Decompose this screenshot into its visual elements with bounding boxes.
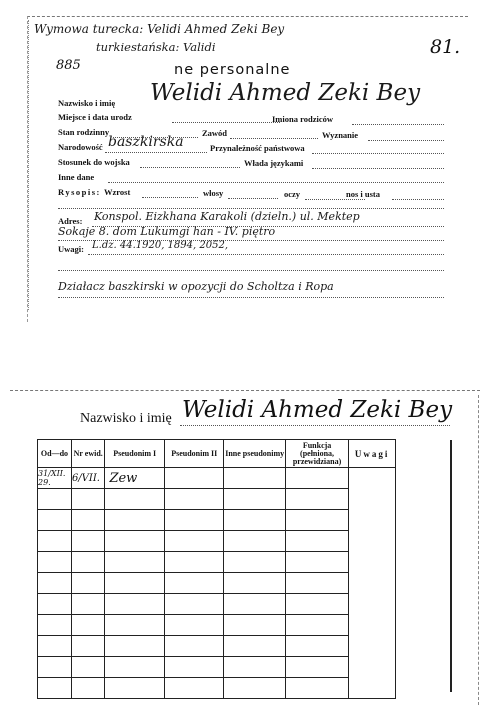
cell-inne [224,636,285,657]
cell-funkcja [285,657,348,678]
nose-mouth-line [392,199,444,200]
pronunciation-annotation-line1: Wymowa turecka: Velidi Ahmed Zeki Bey [34,22,284,36]
citizenship-line [312,153,444,154]
cell-pseudonim-2 [164,678,224,699]
religion-line [368,140,444,141]
cell-pseudonim-2 [164,573,224,594]
cell-od-do [38,636,72,657]
pronunciation-annotation-line2: turkiestańska: Validi [96,40,216,54]
cell-od-do [38,531,72,552]
nationality-label: Narodowość [58,142,103,152]
col-header-inne-pseudonimy: Inne pseudonimy [224,440,285,468]
description-label: Rysopis: [58,187,101,197]
cell-funkcja [285,573,348,594]
table-header-row: Od—do Nr ewid. Pseudonim I Pseudonim II … [38,440,396,468]
cell-pseudonim-1 [105,594,165,615]
cell-inne [224,678,285,699]
table-row [38,636,396,657]
remarks-label: Uwagi: [58,244,84,254]
other-data-line [108,182,444,183]
col-header-nr-ewid: Nr ewid. [71,440,105,468]
table-row: 31/XII. 29. 6/VII. Zew [38,468,396,489]
cell-pseudonim-1 [105,678,165,699]
cell-pseudonim-2 [164,531,224,552]
cell-pseudonim-2 [164,657,224,678]
card-title: ne personalne [174,62,290,78]
address-line1: Konspol. Eizkhana Karakoli (dzieln.) ul.… [94,210,360,223]
cell-pseudonim-2 [164,489,224,510]
remarks-extra-line [58,270,444,271]
cell-nr-ewid [71,636,105,657]
pseudonym-table: Od—do Nr ewid. Pseudonim I Pseudonim II … [37,439,396,699]
remarks-value: L.dz. 44.1920, 1894, 2052, [92,240,228,251]
cell-nr-ewid [71,489,105,510]
cell-pseudonim-2 [164,615,224,636]
military-status-label: Stosunek do wojska [58,157,130,167]
cell-pseudonim-1 [105,636,165,657]
card-perforation-edge-right [478,395,479,705]
table-row [38,615,396,636]
cell-funkcja [285,468,348,489]
cell-od-do [38,594,72,615]
cell-pseudonim-2 [164,594,224,615]
margin-mark: 885 [56,58,81,73]
cell-od-do [38,615,72,636]
cell-nr-ewid [71,657,105,678]
cell-pseudonim-1 [105,489,165,510]
cell-inne [224,510,285,531]
cell-nr-ewid [71,510,105,531]
cell-pseudonim-1 [105,615,165,636]
cell-od-do [38,552,72,573]
table-row [38,531,396,552]
cell-inne [224,468,285,489]
table-row [38,510,396,531]
cell-pseudonim-2 [164,468,224,489]
table-row [38,489,396,510]
cell-od-do [38,573,72,594]
languages-label: Włada językami [244,158,303,168]
cell-pseudonim-2 [164,636,224,657]
cell-od-do: 31/XII. 29. [38,468,72,489]
cell-nr-ewid [71,552,105,573]
card-margin-rule [450,440,452,692]
remarks-line [88,254,444,255]
cell-funkcja [285,615,348,636]
cell-inne [224,573,285,594]
religion-label: Wyznanie [322,130,358,140]
occupation-line [230,138,318,139]
cell-pseudonim-1 [105,510,165,531]
hair-line [228,198,278,199]
cell-inne [224,552,285,573]
nationality-line [105,152,207,153]
col-header-uwagi: Uwagi [349,440,396,468]
cell-pseudonim-2 [164,552,224,573]
cell-od-do [38,510,72,531]
eyes-label: oczy [284,189,300,199]
marital-status-label: Stan rodzinny [58,127,109,137]
citizenship-label: Przynależność państwowa [210,143,305,153]
cell-funkcja [285,594,348,615]
cell-nr-ewid [71,594,105,615]
cell-funkcja [285,489,348,510]
cell-uwagi [349,468,396,699]
other-data-label: Inne dane [58,172,94,182]
cell-od-do [38,678,72,699]
table-row [38,657,396,678]
parents-names-line [352,124,444,125]
bottom-surname-label: Nazwisko i imię [80,411,172,427]
card-perforation-edge [28,20,29,310]
table-row [38,678,396,699]
cell-pseudonim-2 [164,510,224,531]
col-header-od-do: Od—do [38,440,72,468]
activity-note: Działacz baszkirski w opozycji do Scholt… [58,280,334,293]
cell-nr-ewid [71,678,105,699]
cell-inne [224,489,285,510]
cell-funkcja [285,531,348,552]
cell-pseudonim-1: Zew [105,468,165,489]
cell-pseudonim-1 [105,531,165,552]
languages-line [312,168,444,169]
cell-funkcja [285,636,348,657]
bottom-surname-value: Welidi Ahmed Zeki Bey [182,397,452,423]
activity-note-line [58,297,444,298]
cell-funkcja [285,552,348,573]
cell-nr-ewid [71,531,105,552]
cell-inne [224,594,285,615]
cell-inne [224,615,285,636]
eyes-line [305,199,365,200]
address-line2: Sokaje 8. dom Lukumgi han - IV. piętro [58,225,275,238]
birthplace-line [172,122,280,123]
table-row [38,552,396,573]
reference-number: 81. [430,36,460,58]
cell-od-do [38,657,72,678]
cell-pseudonim-1 [105,552,165,573]
parents-names-label: Imiona rodziców [272,114,333,124]
bottom-surname-line [180,425,450,426]
cell-inne [224,657,285,678]
table-row [38,594,396,615]
cell-pseudonim-1 [105,657,165,678]
cell-nr-ewid: 6/VII. [71,468,105,489]
description-extra-line [58,208,444,209]
height-line [142,197,198,198]
cell-inne [224,531,285,552]
surname-value: Welidi Ahmed Zeki Bey [150,80,420,106]
col-header-pseudonim-2: Pseudonim II [164,440,224,468]
military-status-line [140,167,240,168]
height-label: Wzrost [104,187,130,197]
cell-nr-ewid [71,573,105,594]
hair-label: włosy [203,188,223,198]
birthplace-label: Miejsce i data urodz [58,112,132,122]
table-row [38,573,396,594]
col-header-funkcja: Funkcja (pełniona, przewidziana) [285,440,348,468]
cell-funkcja [285,678,348,699]
col-header-pseudonim-1: Pseudonim I [105,440,165,468]
cell-pseudonim-1 [105,573,165,594]
nose-mouth-label: nos i usta [346,189,380,199]
surname-label: Nazwisko i imię [58,98,115,108]
cell-nr-ewid [71,615,105,636]
nationality-value: baszkirska [108,134,184,150]
cell-od-do [38,489,72,510]
occupation-label: Zawód [202,128,227,138]
cell-funkcja [285,510,348,531]
